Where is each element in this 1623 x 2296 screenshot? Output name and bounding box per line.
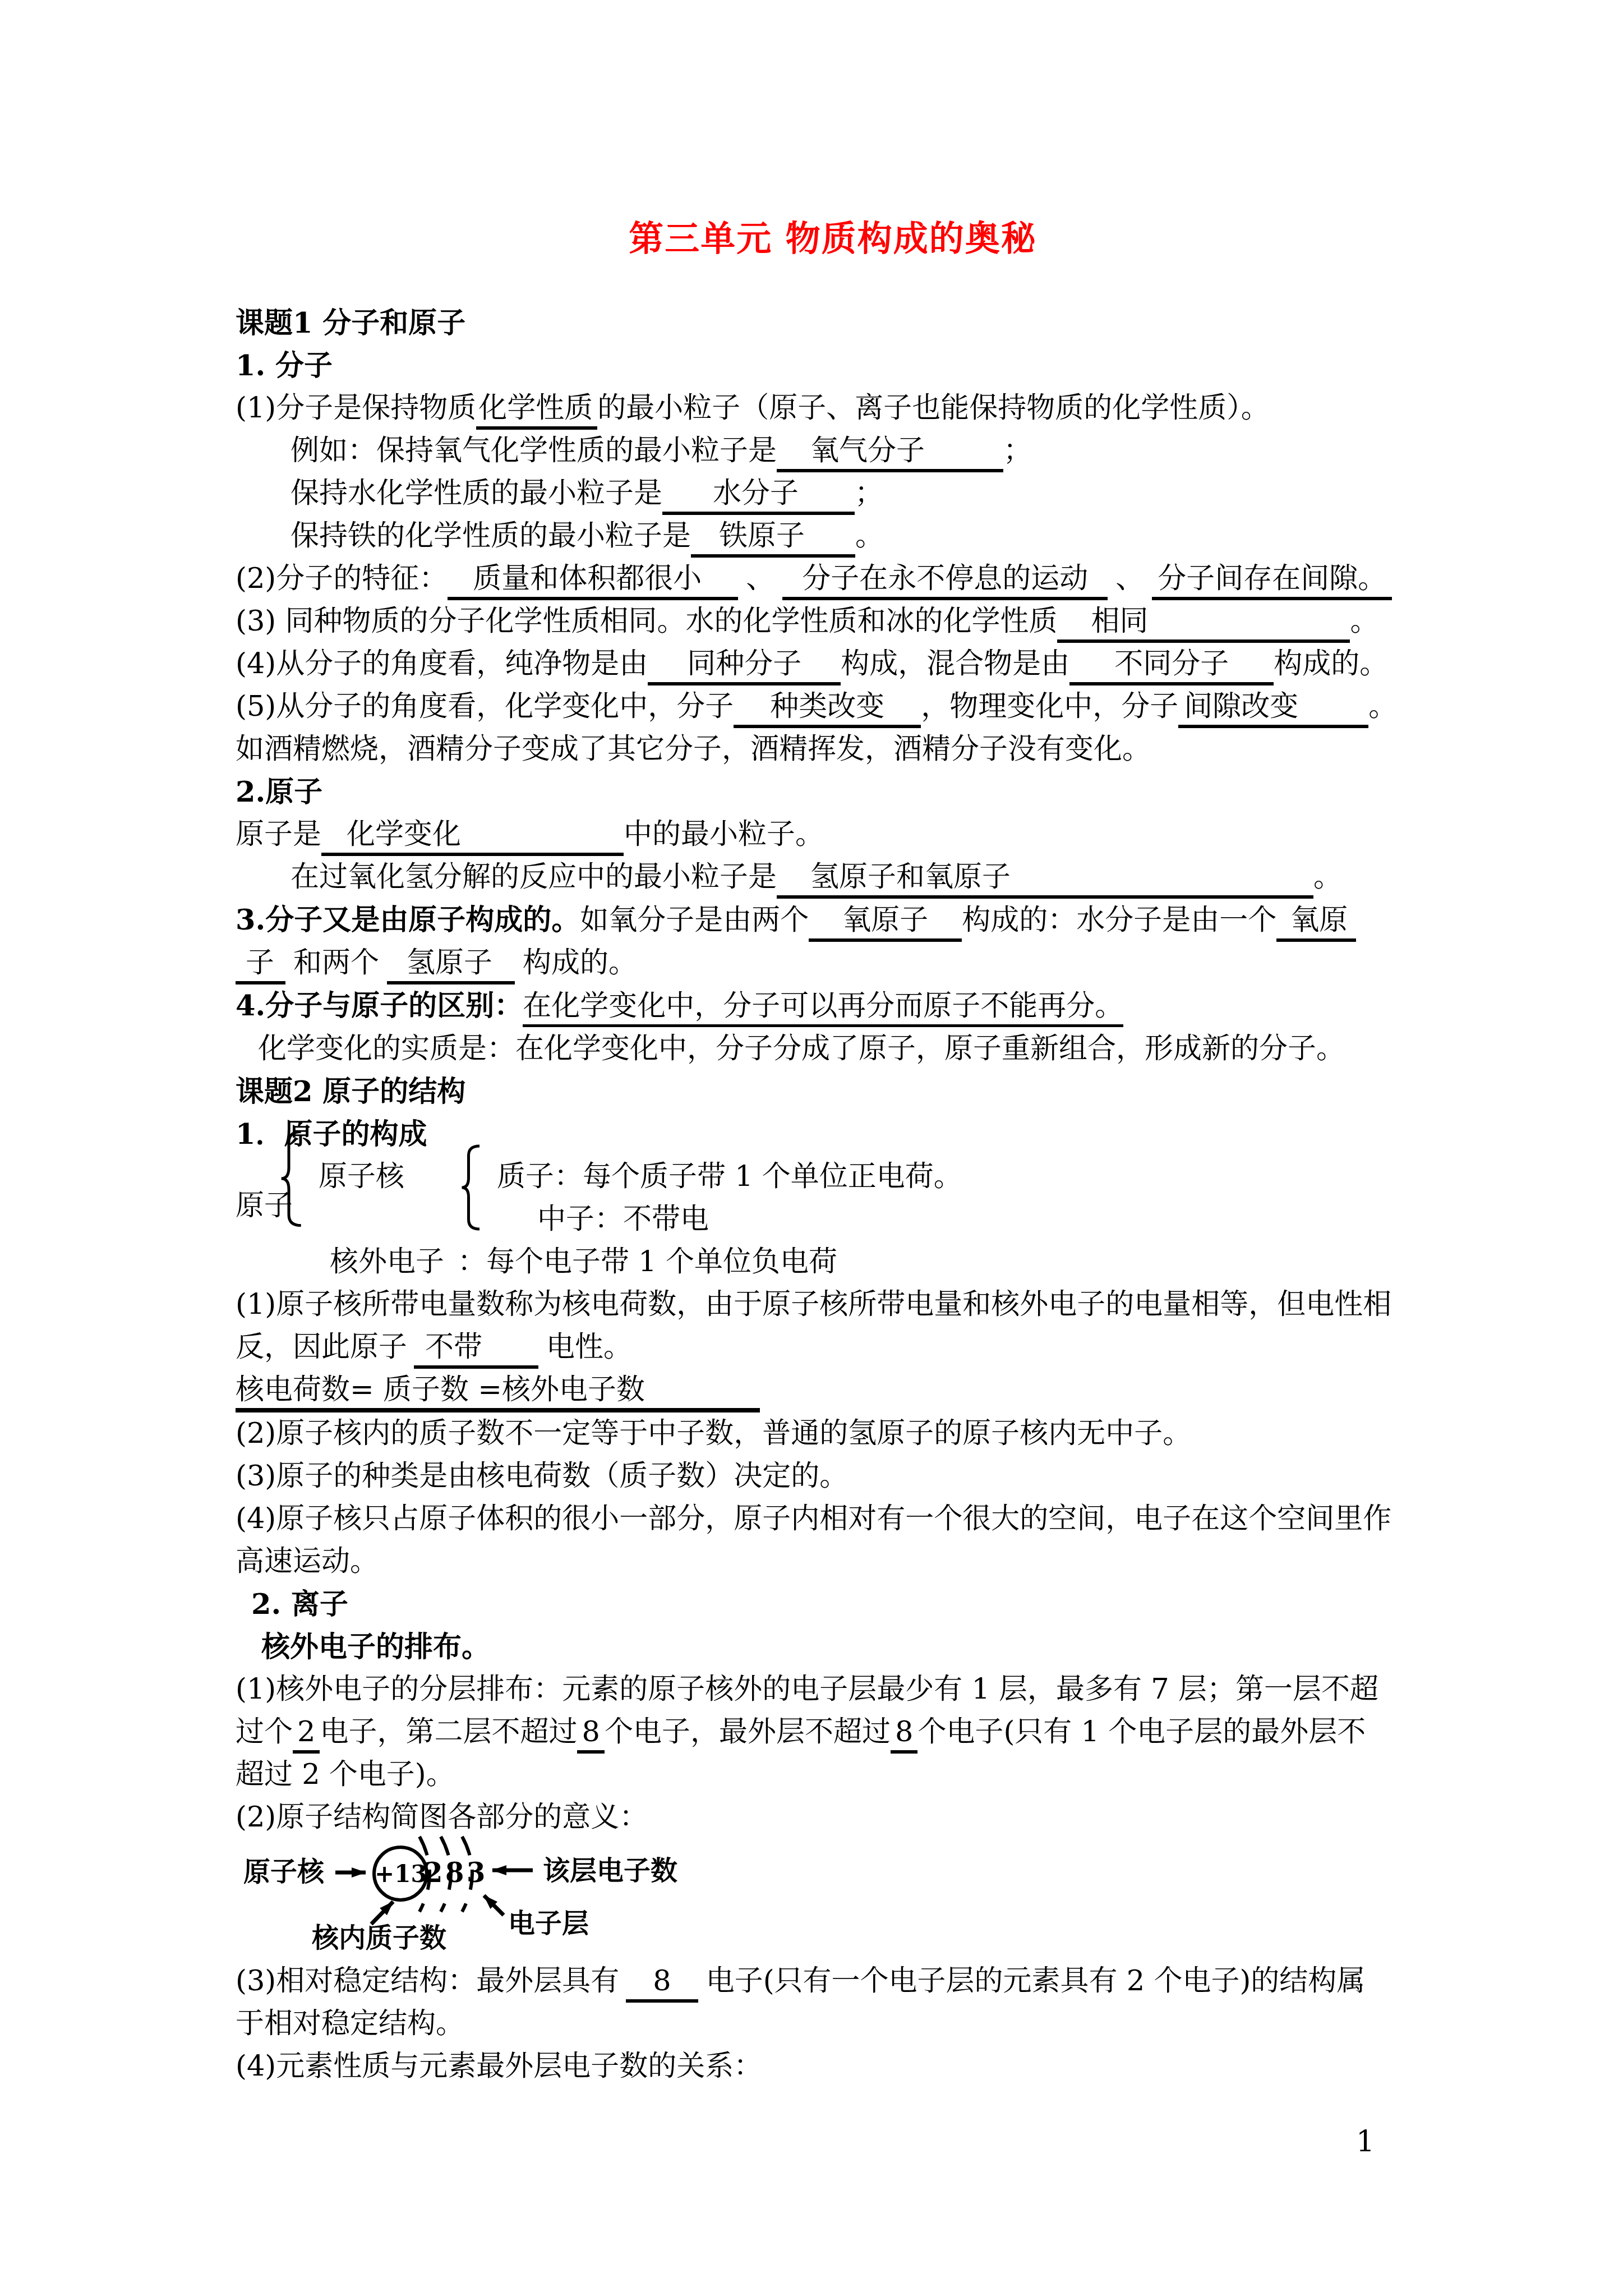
text-segment: 的最小粒子（原子、离子也能保持物质的化学性质）。 [597, 392, 1270, 425]
answer-blank: 间隙改变 [1178, 689, 1368, 728]
text-segment: 反，因此原子 [236, 1331, 407, 1364]
text-segment: 。 [855, 519, 884, 553]
line-stable-structure-a: (3)相对稳定结构：最外层具有8电子(只有一个电子层的元素具有 2 个电子)的结… [236, 1960, 1430, 2003]
neutron-description: 中子：不带电 [537, 1198, 709, 1241]
answer-blank: 铁原子 [691, 518, 855, 558]
text-segment: 电性。 [546, 1331, 632, 1364]
section-molecule-heading: 1. 分子 [236, 344, 1430, 387]
text-segment: 。 [1368, 690, 1397, 723]
line-atom-definition: 原子是化学变化中的最小粒子。 [236, 813, 1430, 856]
text-segment: 原子是 [236, 818, 321, 851]
line-pure-mixture: (4)从分子的角度看，纯净物是由同种分子构成，混合物是由不同分子构成的。 [236, 643, 1430, 685]
answer-blank: 8 [626, 1963, 698, 2003]
arrow-shell [484, 1895, 504, 1915]
line-element-property-relation: (4)元素性质与元素最外层电子数的关系： [236, 2045, 1430, 2088]
text-segment: (1)分子是保持物质 [236, 392, 476, 425]
text-segment: (2)分子的特征： [236, 562, 448, 595]
nucleus-charge-value: +13 [375, 1860, 426, 1888]
underlined-answer: 在化学变化中，分子可以再分而原子不能再分。 [523, 990, 1123, 1027]
line-electron-shells-b: 过个2电子，第二层不超过8个电子，最外层不超过8个电子(只有 1 个电子层的最外… [236, 1711, 1430, 1754]
text-segment: ，物理变化中，分子 [921, 690, 1178, 723]
atom-composition-diagram: 原子 原子核 质子：每个质子带 1 个单位正电荷。 中子：不带电 核外电子：每个… [236, 1156, 1430, 1283]
text-segment: 、 [746, 562, 774, 595]
line-chemical-physical-change: (5)从分子的角度看，化学变化中，分子种类改变，物理变化中，分子间隙改变。 [236, 685, 1430, 728]
line-example-water: 保持水化学性质的最小粒子是水分子； [236, 472, 1430, 515]
text-segment: (4)从分子的角度看，纯净物是由 [236, 647, 648, 680]
answer-blank: 分子在永不停息的运动 [782, 561, 1108, 600]
shell-electron-count: 3 [467, 1858, 485, 1888]
left-brace-icon [280, 1130, 303, 1227]
answer-blank: 8 [891, 1714, 917, 1754]
line-proton-neutron-note: (2)原子核内的质子数不一定等于中子数，普通的氢原子的原子核内无中子。 [236, 1412, 1430, 1455]
line-chemical-change-essence: 化学变化的实质是：在化学变化中，分子分成了原子，原子重新组合，形成新的分子。 [236, 1028, 1430, 1070]
line-peroxide-example: 在过氧化氢分解的反应中的最小粒子是氢原子和氧原子。 [236, 856, 1430, 899]
answer-blank: 氧原 [1276, 903, 1356, 942]
bold-lead: 4.分子与原子的区别： [236, 989, 523, 1023]
section-atom-heading: 2.原子 [236, 771, 1430, 813]
answer-blank: 8 [577, 1714, 604, 1754]
text-segment: 例如：保持氧气化学性质的最小粒子是 [291, 434, 777, 467]
line-molecule-atom-difference: 4.分子与原子的区别：在化学变化中，分子可以再分而原子不能再分。 [236, 984, 1430, 1028]
text-segment: 保持铁的化学性质的最小粒子是 [291, 519, 691, 553]
electron-label: 核外电子 [330, 1245, 444, 1278]
answer-blank: 化学变化 [321, 817, 624, 856]
line-same-substance: (3) 同种物质的分子化学性质相同。水的化学性质和冰的化学性质相同。 [236, 600, 1430, 643]
text-segment: 。 [1350, 605, 1378, 638]
line-nuclear-charge-a: (1)原子核所带电量数称为核电荷数，由于原子核所带电量和核外电子的电量相等，但电… [236, 1283, 1430, 1326]
left-brace-icon [461, 1144, 481, 1231]
section-atom-structure-heading: 1．原子的构成 [236, 1113, 1430, 1156]
bold-lead: 3.分子又是由原子构成的。 [236, 903, 580, 937]
nucleus-label: 原子核 [243, 1857, 324, 1887]
topic1-heading: 课题1 分子和原子 [236, 302, 1430, 344]
text-segment: 、 [1115, 562, 1144, 595]
text-segment: 构成的。 [523, 946, 637, 979]
answer-blank: 2 [293, 1714, 320, 1754]
electron-description: ：每个电子带 1 个单位负电荷 [458, 1245, 837, 1278]
answer-blank: 不带 [414, 1329, 538, 1369]
answer-blank: 氧原子 [809, 903, 962, 942]
text-segment: 中的最小粒子。 [624, 818, 824, 851]
page-number: 1 [1356, 2125, 1375, 2159]
text-segment: 构成，混合物是由 [841, 647, 1069, 680]
document-page: 第三单元 物质构成的奥秘 课题1 分子和原子 1. 分子 (1)分子是保持物质化… [0, 0, 1623, 2296]
line-atom-kind-note: (3)原子的种类是由核电荷数（质子数）决定的。 [236, 1455, 1430, 1498]
shell-count-label: 该层电子数 [543, 1856, 677, 1886]
line-molecule-features: (2)分子的特征：质量和体积都很小、分子在永不停息的运动、分子间存在间隙。 [236, 558, 1430, 600]
text-segment: 构成的。 [1274, 647, 1388, 680]
line-nuclear-charge-b: 反，因此原子不带电性。 [236, 1326, 1430, 1369]
nucleus-label: 原子核 [319, 1156, 404, 1198]
line-molecule-made-of-atoms: 3.分子又是由原子构成的。如氧分子是由两个氧原子构成的：水分子是由一个氧原 [236, 899, 1430, 942]
text-segment: 构成的：水分子是由一个 [962, 904, 1276, 937]
text-segment: 和两个 [293, 946, 379, 979]
text-segment: ； [1003, 434, 1032, 467]
text-segment: (3)相对稳定结构：最外层具有 [236, 1964, 619, 1998]
answer-blank: 同种分子 [648, 646, 841, 685]
text-segment: 个电子，最外层不超过 [605, 1715, 891, 1749]
line-example-iron: 保持铁的化学性质的最小粒子是铁原子。 [236, 515, 1430, 558]
atomic-structure-schematic: 原子核 +13 2 8 3 该层电子数 核内质子数 电子层 [236, 1839, 1430, 1960]
answer-blank: 氢原子和氧原子 [777, 859, 1313, 899]
text-segment: ； [855, 477, 883, 510]
text-segment: 。 [1313, 861, 1342, 894]
line-electron-shells-c: 超过 2 个电子)。 [236, 1754, 1430, 1796]
text-segment: 电子，第二层不超过 [320, 1715, 577, 1749]
line-stable-structure-b: 于相对稳定结构。 [236, 2003, 1430, 2045]
answer-blank: 化学性质 [476, 390, 597, 430]
answer-blank: 不同分子 [1069, 646, 1274, 685]
document-content: 第三单元 物质构成的奥秘 课题1 分子和原子 1. 分子 (1)分子是保持物质化… [236, 215, 1430, 2088]
text-segment: (3) 同种物质的分子化学性质相同。水的化学性质和冰的化学性质 [236, 605, 1057, 638]
line-example-oxygen: 例如：保持氧气化学性质的最小粒子是氧气分子； [236, 430, 1430, 472]
line-alcohol-example: 如酒精燃烧，酒精分子变成了其它分子，酒精挥发，酒精分子没有变化。 [236, 728, 1430, 771]
arrow-proton-count [371, 1902, 393, 1924]
line-molecule-made-of-atoms-cont: 子和两个氢原子构成的。 [236, 942, 1430, 984]
proton-description: 质子：每个质子带 1 个单位正电荷。 [497, 1156, 962, 1198]
line-electron-shells-a: (1)核外电子的分层排布：元素的原子核外的电子层最少有 1 层，最多有 7 层；… [236, 1668, 1430, 1711]
line-nucleus-volume-b: 高速运动。 [236, 1540, 1430, 1583]
answer-blank: 氧气分子 [777, 433, 1003, 472]
answer-blank: 氢原子 [387, 945, 515, 984]
answer-blank: 质量和体积都很小 [448, 561, 738, 600]
proton-count-label: 核内质子数 [312, 1923, 446, 1953]
text-segment: 在过氧化氢分解的反应中的最小粒子是 [291, 861, 777, 894]
section-ion-heading: 2. 离子 [236, 1583, 1430, 1626]
line-charge-equation: 核电荷数= 质子数 =核外电子数 [236, 1369, 1430, 1412]
answer-blank: 子 [236, 945, 285, 984]
line-nucleus-volume-a: (4)原子核只占原子体积的很小一部分，原子内相对有一个很大的空间，电子在这个空间… [236, 1498, 1430, 1540]
section-electron-arrangement-heading: 核外电子的排布。 [236, 1626, 1430, 1668]
text-segment: 保持水化学性质的最小粒子是 [291, 477, 662, 510]
shell-electron-count: 8 [445, 1858, 464, 1888]
text-segment: 个电子(只有 1 个电子层的最外层不 [917, 1715, 1366, 1749]
page-title: 第三单元 物质构成的奥秘 [236, 215, 1430, 263]
line-molecule-definition: (1)分子是保持物质化学性质的最小粒子（原子、离子也能保持物质的化学性质）。 [236, 387, 1430, 430]
answer-blank: 相同 [1057, 604, 1350, 643]
text-segment: 如氧分子是由两个 [580, 904, 809, 937]
answer-blank: 分子间存在间隙。 [1152, 561, 1392, 600]
shell-label: 电子层 [508, 1908, 589, 1939]
electron-row: 核外电子：每个电子带 1 个单位负电荷 [330, 1241, 837, 1283]
text-segment: (5)从分子的角度看，化学变化中，分子 [236, 690, 734, 723]
underlined-equation: 核电荷数= 质子数 =核外电子数 [236, 1372, 760, 1412]
answer-blank: 种类改变 [734, 689, 921, 728]
text-segment: 电子(只有一个电子层的元素具有 2 个电子)的结构属 [706, 1964, 1366, 1998]
topic2-heading: 课题2 原子的结构 [236, 1070, 1430, 1113]
text-segment: 过个 [236, 1715, 293, 1749]
answer-blank: 水分子 [662, 476, 855, 515]
line-structure-diagram-meaning: (2)原子结构简图各部分的意义： [236, 1796, 1430, 1839]
shell-electron-count: 2 [424, 1858, 442, 1888]
